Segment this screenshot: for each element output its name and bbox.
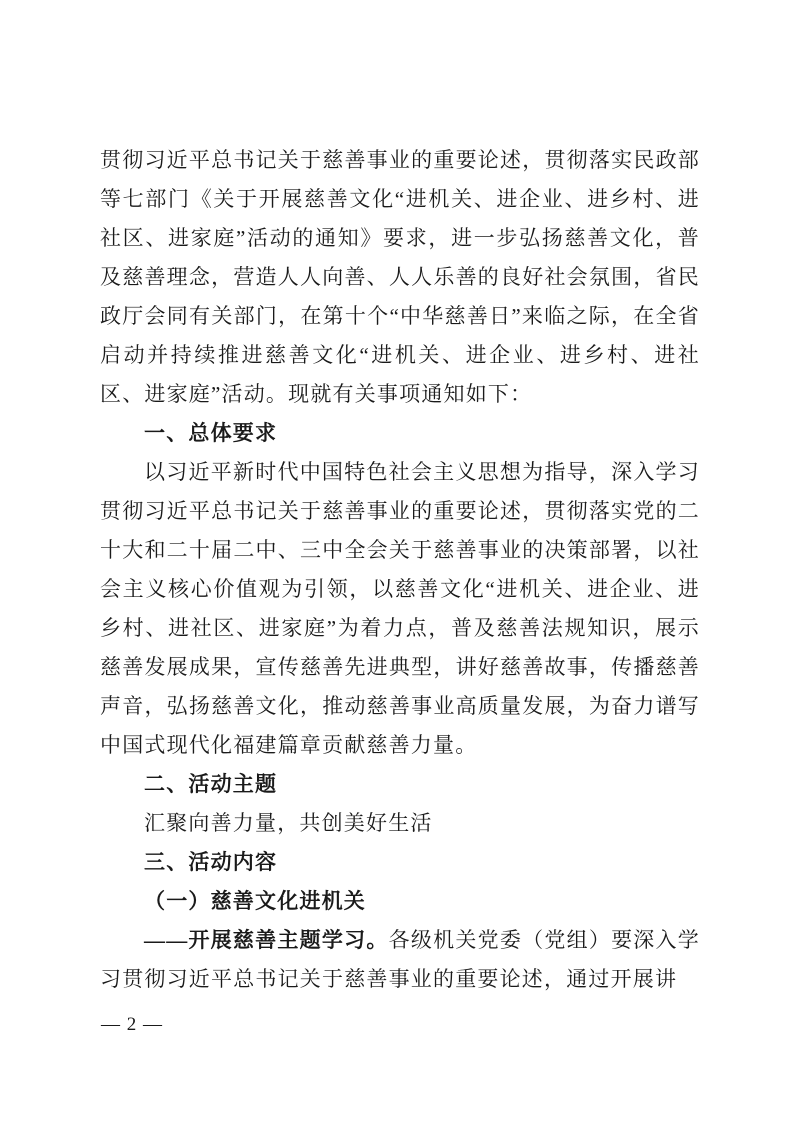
section-3-item-1: ——开展慈善主题学习。各级机关党委（党组）要深入学习贯彻习近平总书记关于慈善事业… [100, 921, 700, 999]
intro-paragraph: 贯彻习近平总书记关于慈善事业的重要论述，贯彻落实民政部等七部门《关于开展慈善文化… [100, 141, 700, 414]
section-2-heading: 二、活动主题 [100, 765, 700, 804]
section-1-heading: 一、总体要求 [100, 414, 700, 453]
document-page: 贯彻习近平总书记关于慈善事业的重要论述，贯彻落实民政部等七部门《关于开展慈善文化… [0, 0, 794, 1123]
section-2-paragraph: 汇聚向善力量，共创美好生活 [100, 804, 700, 843]
section-3-heading: 三、活动内容 [100, 843, 700, 882]
item-1-bold-lead: ——开展慈善主题学习。 [144, 928, 389, 952]
document-content: 贯彻习近平总书记关于慈善事业的重要论述，贯彻落实民政部等七部门《关于开展慈善文化… [100, 141, 700, 999]
section-1-paragraph: 以习近平新时代中国特色社会主义思想为指导，深入学习贯彻习近平总书记关于慈善事业的… [100, 453, 700, 765]
section-3-subheading-1: （一）慈善文化进机关 [100, 882, 700, 921]
page-number: — 2 — [101, 1014, 163, 1036]
